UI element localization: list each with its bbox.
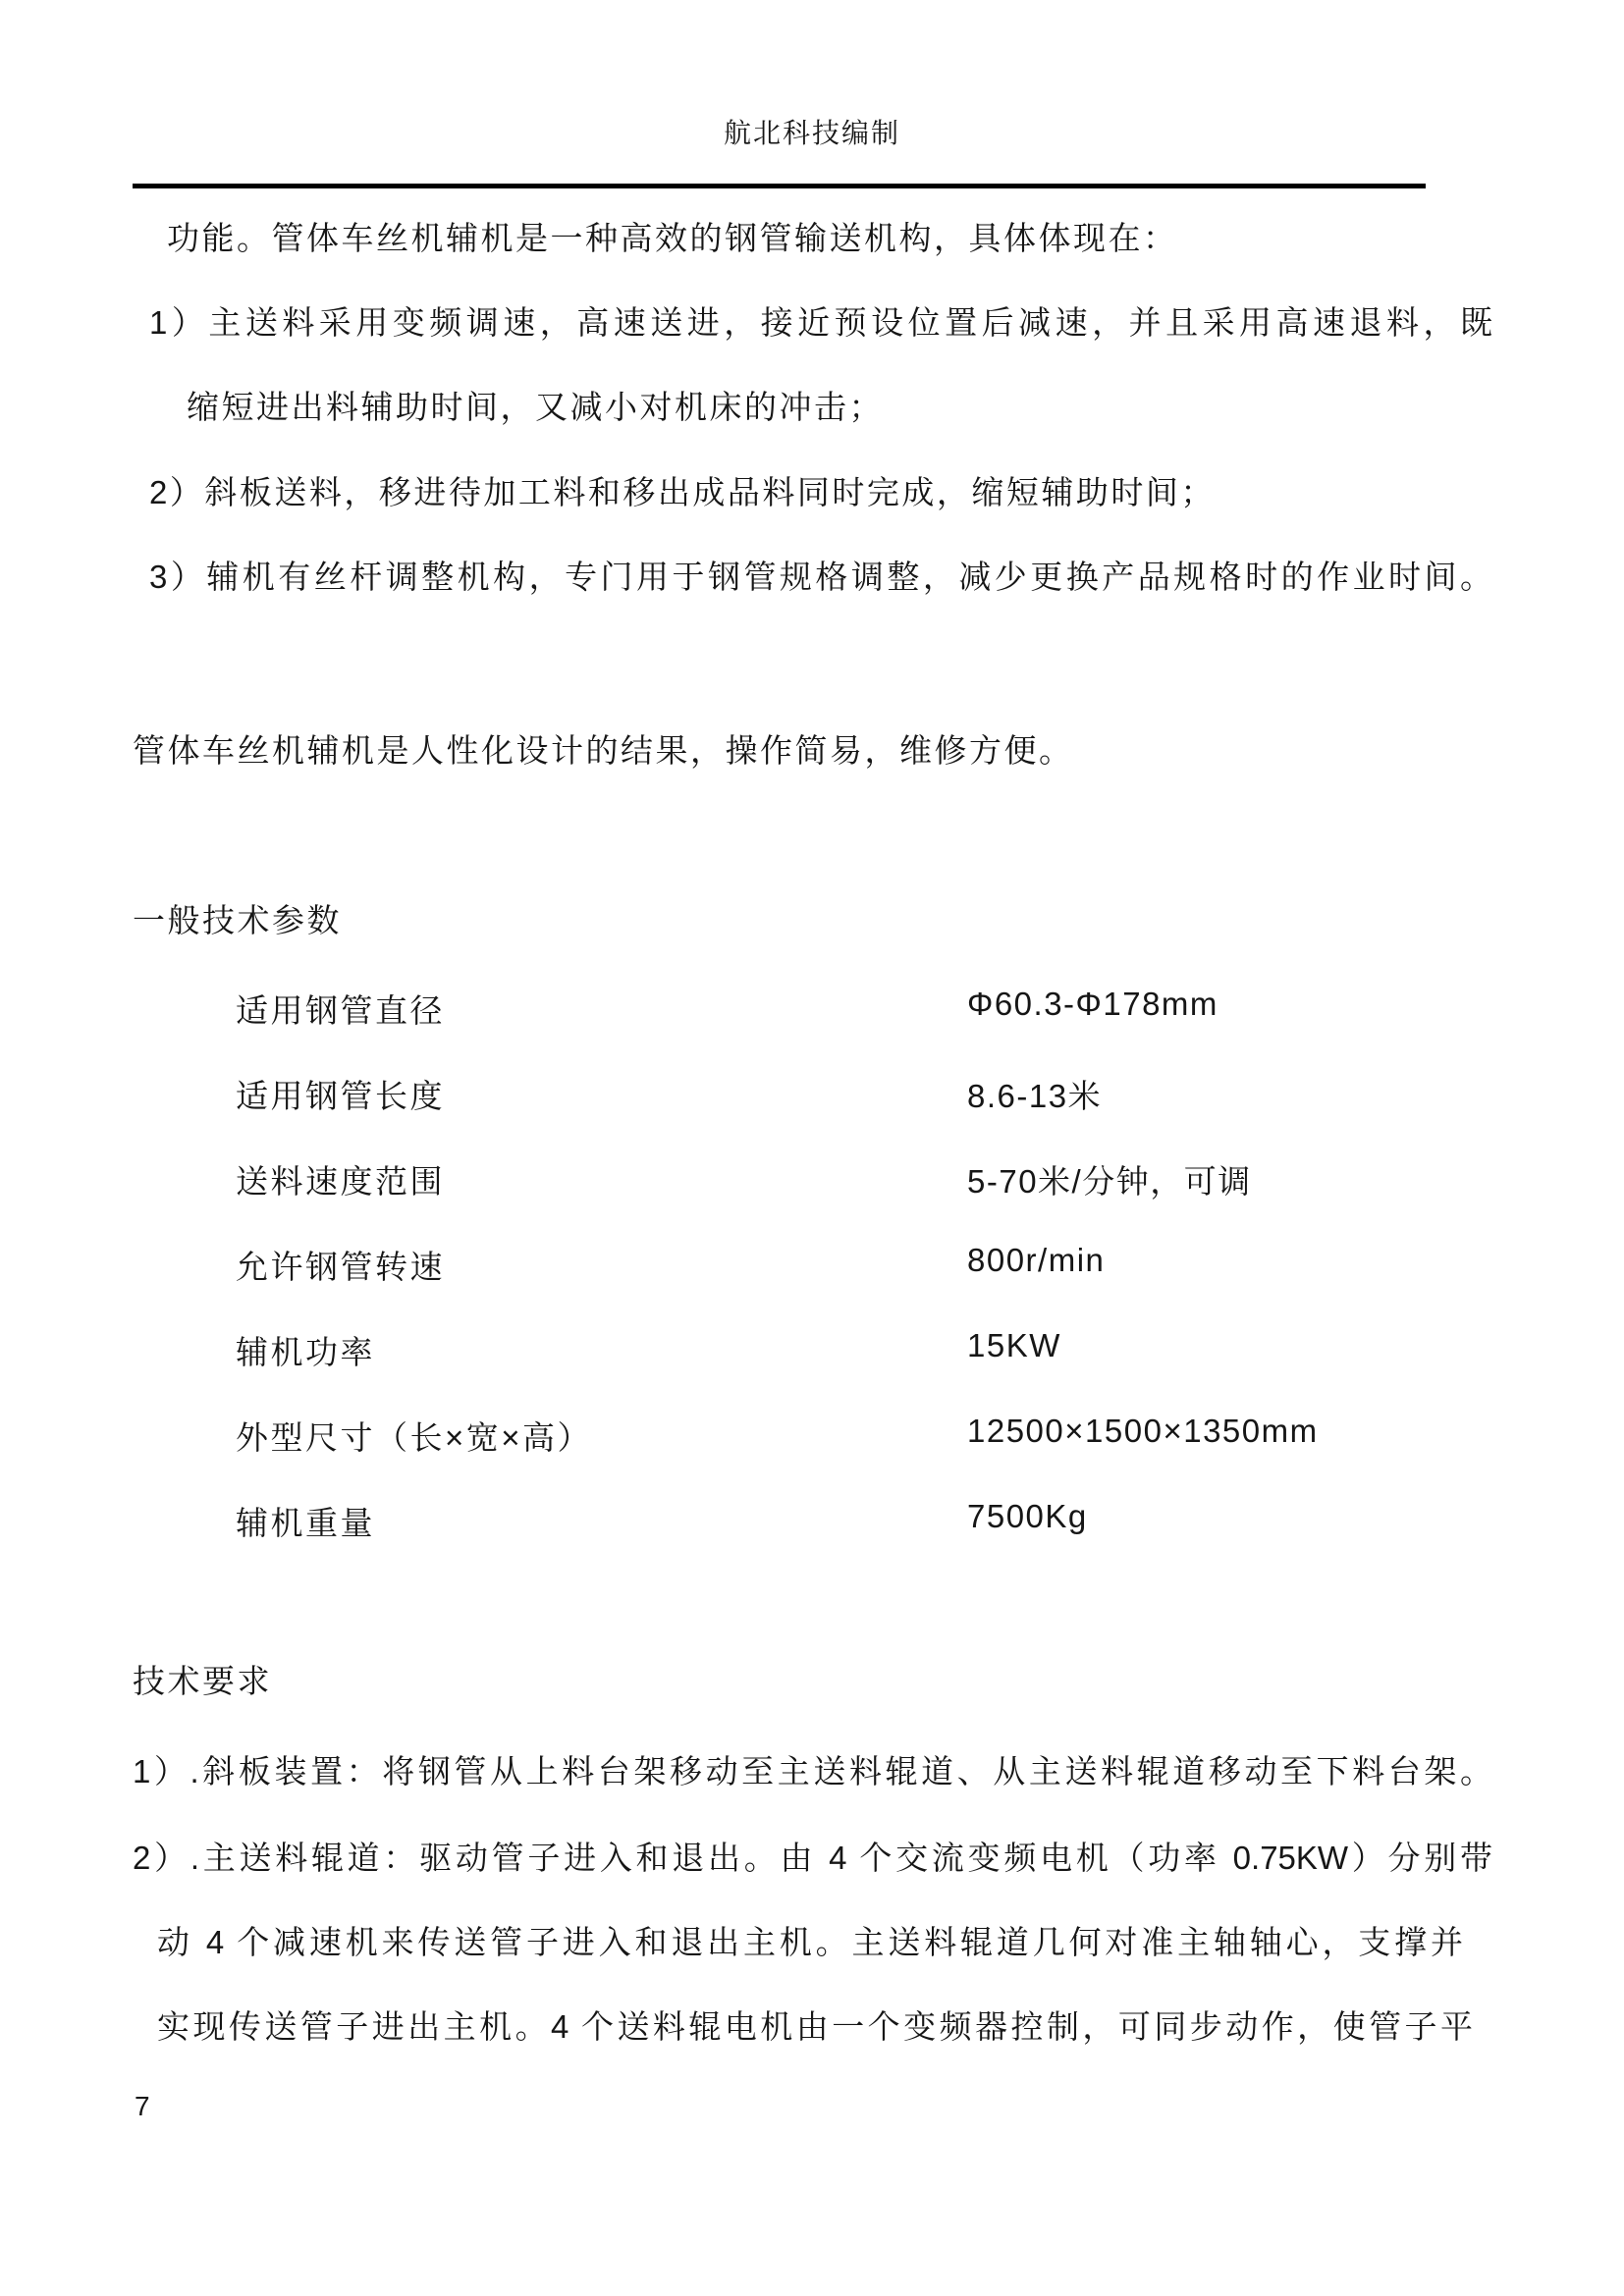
spec-label: 适用钢管长度 bbox=[236, 1071, 445, 1117]
summary-paragraph: 管体车丝机辅机是人性化设计的结果，操作简易，维修方便。 bbox=[133, 730, 1074, 771]
header-rule-divider bbox=[133, 184, 1426, 188]
page-header-text: 航北科技编制 bbox=[0, 112, 1624, 151]
feature-item-2: 2）斜板送料，移进待加工料和移出成品料同时完成，缩短辅助时间； bbox=[149, 472, 1216, 512]
spec-label: 外型尺寸（长×宽×高） bbox=[236, 1413, 592, 1459]
spec-value: 800r/min bbox=[967, 1242, 1105, 1279]
requirements-heading: 技术要求 bbox=[133, 1661, 272, 1701]
feature-item-3: 3）辅机有丝杆调整机构，专门用于钢管规格调整，减少更换产品规格时的作业时间。 bbox=[149, 557, 1492, 597]
spec-value: 15KW bbox=[967, 1327, 1061, 1364]
spec-label: 辅机重量 bbox=[236, 1498, 375, 1544]
spec-value: 8.6-13米 bbox=[967, 1071, 1102, 1117]
document-page: 航北科技编制 功能。管体车丝机辅机是一种高效的钢管输送机构，具体体现在： 1）主… bbox=[0, 0, 1624, 2296]
intro-paragraph: 功能。管体车丝机辅机是一种高效的钢管输送机构，具体体现在： bbox=[167, 218, 1178, 258]
requirement-item-2-line-3: 实现传送管子进出主机。4 个送料辊电机由一个变频器控制，可同步动作，使管子平 bbox=[157, 2006, 1473, 2047]
spec-label: 送料速度范围 bbox=[236, 1156, 445, 1202]
spec-value: 5-70米/分钟，可调 bbox=[967, 1156, 1252, 1202]
spec-value: 12500×1500×1350mm bbox=[967, 1413, 1319, 1450]
requirement-item-1: 1）.斜板装置：将钢管从上料台架移动至主送料辊道、从主送料辊道移动至下料台架。 bbox=[133, 1751, 1492, 1791]
feature-item-1-line-2: 缩短进出料辅助时间，又减小对机床的冲击； bbox=[187, 387, 884, 427]
spec-value: Φ60.3-Φ178mm bbox=[967, 986, 1218, 1023]
spec-label: 辅机功率 bbox=[236, 1327, 375, 1373]
spec-value: 7500Kg bbox=[967, 1498, 1088, 1535]
feature-item-1-line-1: 1）主送料采用变频调速，高速送进，接近预设位置后减速，并且采用高速退料，既 bbox=[149, 302, 1492, 343]
requirement-item-2-line-1: 2）.主送料辊道：驱动管子进入和退出。由 4 个交流变频电机（功率 0.75KW… bbox=[133, 1838, 1492, 1878]
page-number: 7 bbox=[135, 2091, 150, 2122]
spec-label: 允许钢管转速 bbox=[236, 1242, 445, 1288]
requirement-item-2-line-2: 动 4 个减速机来传送管子进入和退出主机。主送料辊道几何对准主轴轴心，支撑并 bbox=[157, 1922, 1463, 1962]
spec-label: 适用钢管直径 bbox=[236, 986, 445, 1032]
specs-heading: 一般技术参数 bbox=[133, 900, 342, 940]
